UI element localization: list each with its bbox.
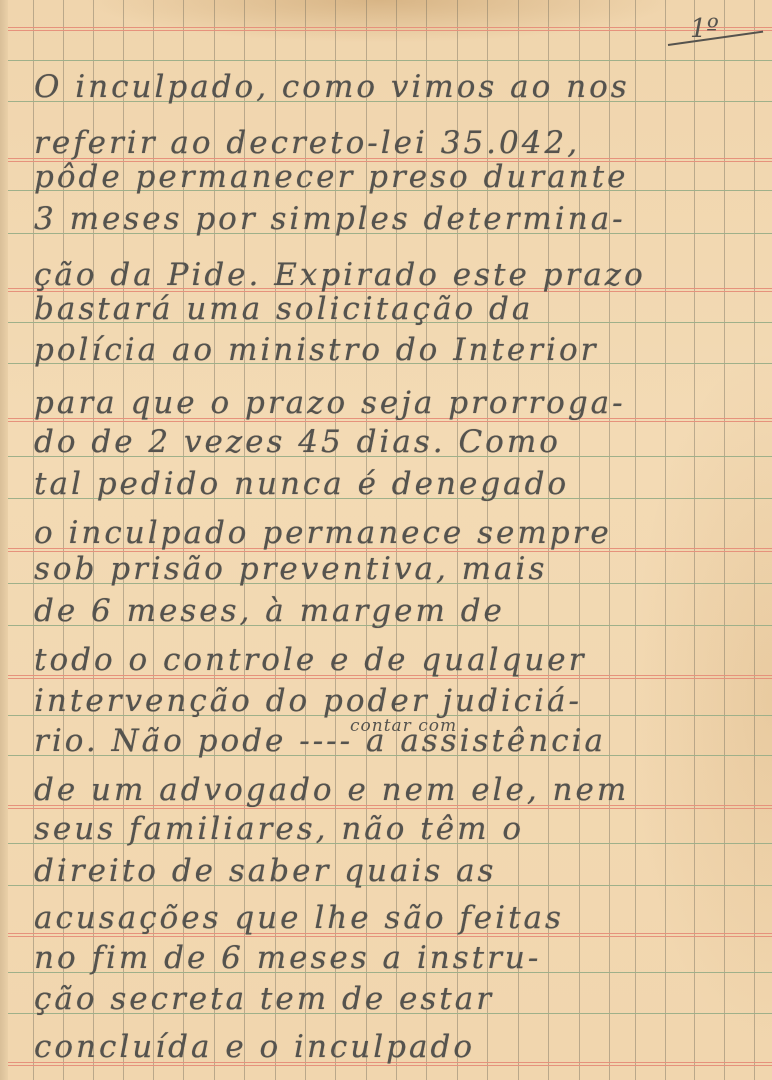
handwritten-line: concluída e o inculpado [34,1032,475,1063]
handwritten-line: 3 meses por simples determina- [34,204,626,235]
handwritten-line: todo o controle e de qualquer [34,645,586,676]
handwritten-line: o inculpado permanece sempre [34,518,612,549]
handwritten-line: pôde permanecer preso durante [34,162,628,193]
grid-rule-red [8,27,772,31]
handwritten-line: seus familiares, não têm o [34,814,524,845]
handwritten-line: polícia ao ministro do Interior [34,335,598,366]
handwritten-line: de um advogado e nem ele, nem [34,775,629,806]
handwritten-line: sob prisão preventiva, mais [34,554,547,585]
page-edge [0,0,8,1080]
handwritten-line: do de 2 vezes 45 dias. Como [34,427,561,458]
handwritten-line: referir ao decreto-lei 35.042, [34,128,580,159]
grid-vline [665,0,666,1080]
handwritten-line: direito de saber quais as [34,856,496,887]
handwritten-line: rio. Não pode ---- a assistência [34,726,606,757]
handwritten-line: ção da Pide. Expirado este prazo [34,260,646,291]
handwritten-line: bastará uma solicitação da [34,294,533,325]
grid-vline [694,0,695,1080]
handwritten-line: intervenção do poder judiciá- [34,686,582,717]
notebook-page: 1º O inculpado, como vimos ao nos referi… [0,0,772,1080]
handwritten-line: ção secreta tem de estar [34,984,494,1015]
handwritten-line: tal pedido nunca é denegado [34,469,569,500]
handwritten-line: acusações que lhe são feitas [34,903,564,934]
handwritten-line: no fim de 6 meses a instru- [34,943,541,974]
grid-vline [754,0,755,1080]
grid-vline [635,0,636,1080]
handwritten-line: para que o prazo seja prorroga- [34,388,626,419]
handwritten-line: de 6 meses, à margem de [34,596,505,627]
handwritten-line: O inculpado, como vimos ao nos [34,72,630,103]
grid-vline [724,0,725,1080]
grid-rule-green [8,60,772,61]
